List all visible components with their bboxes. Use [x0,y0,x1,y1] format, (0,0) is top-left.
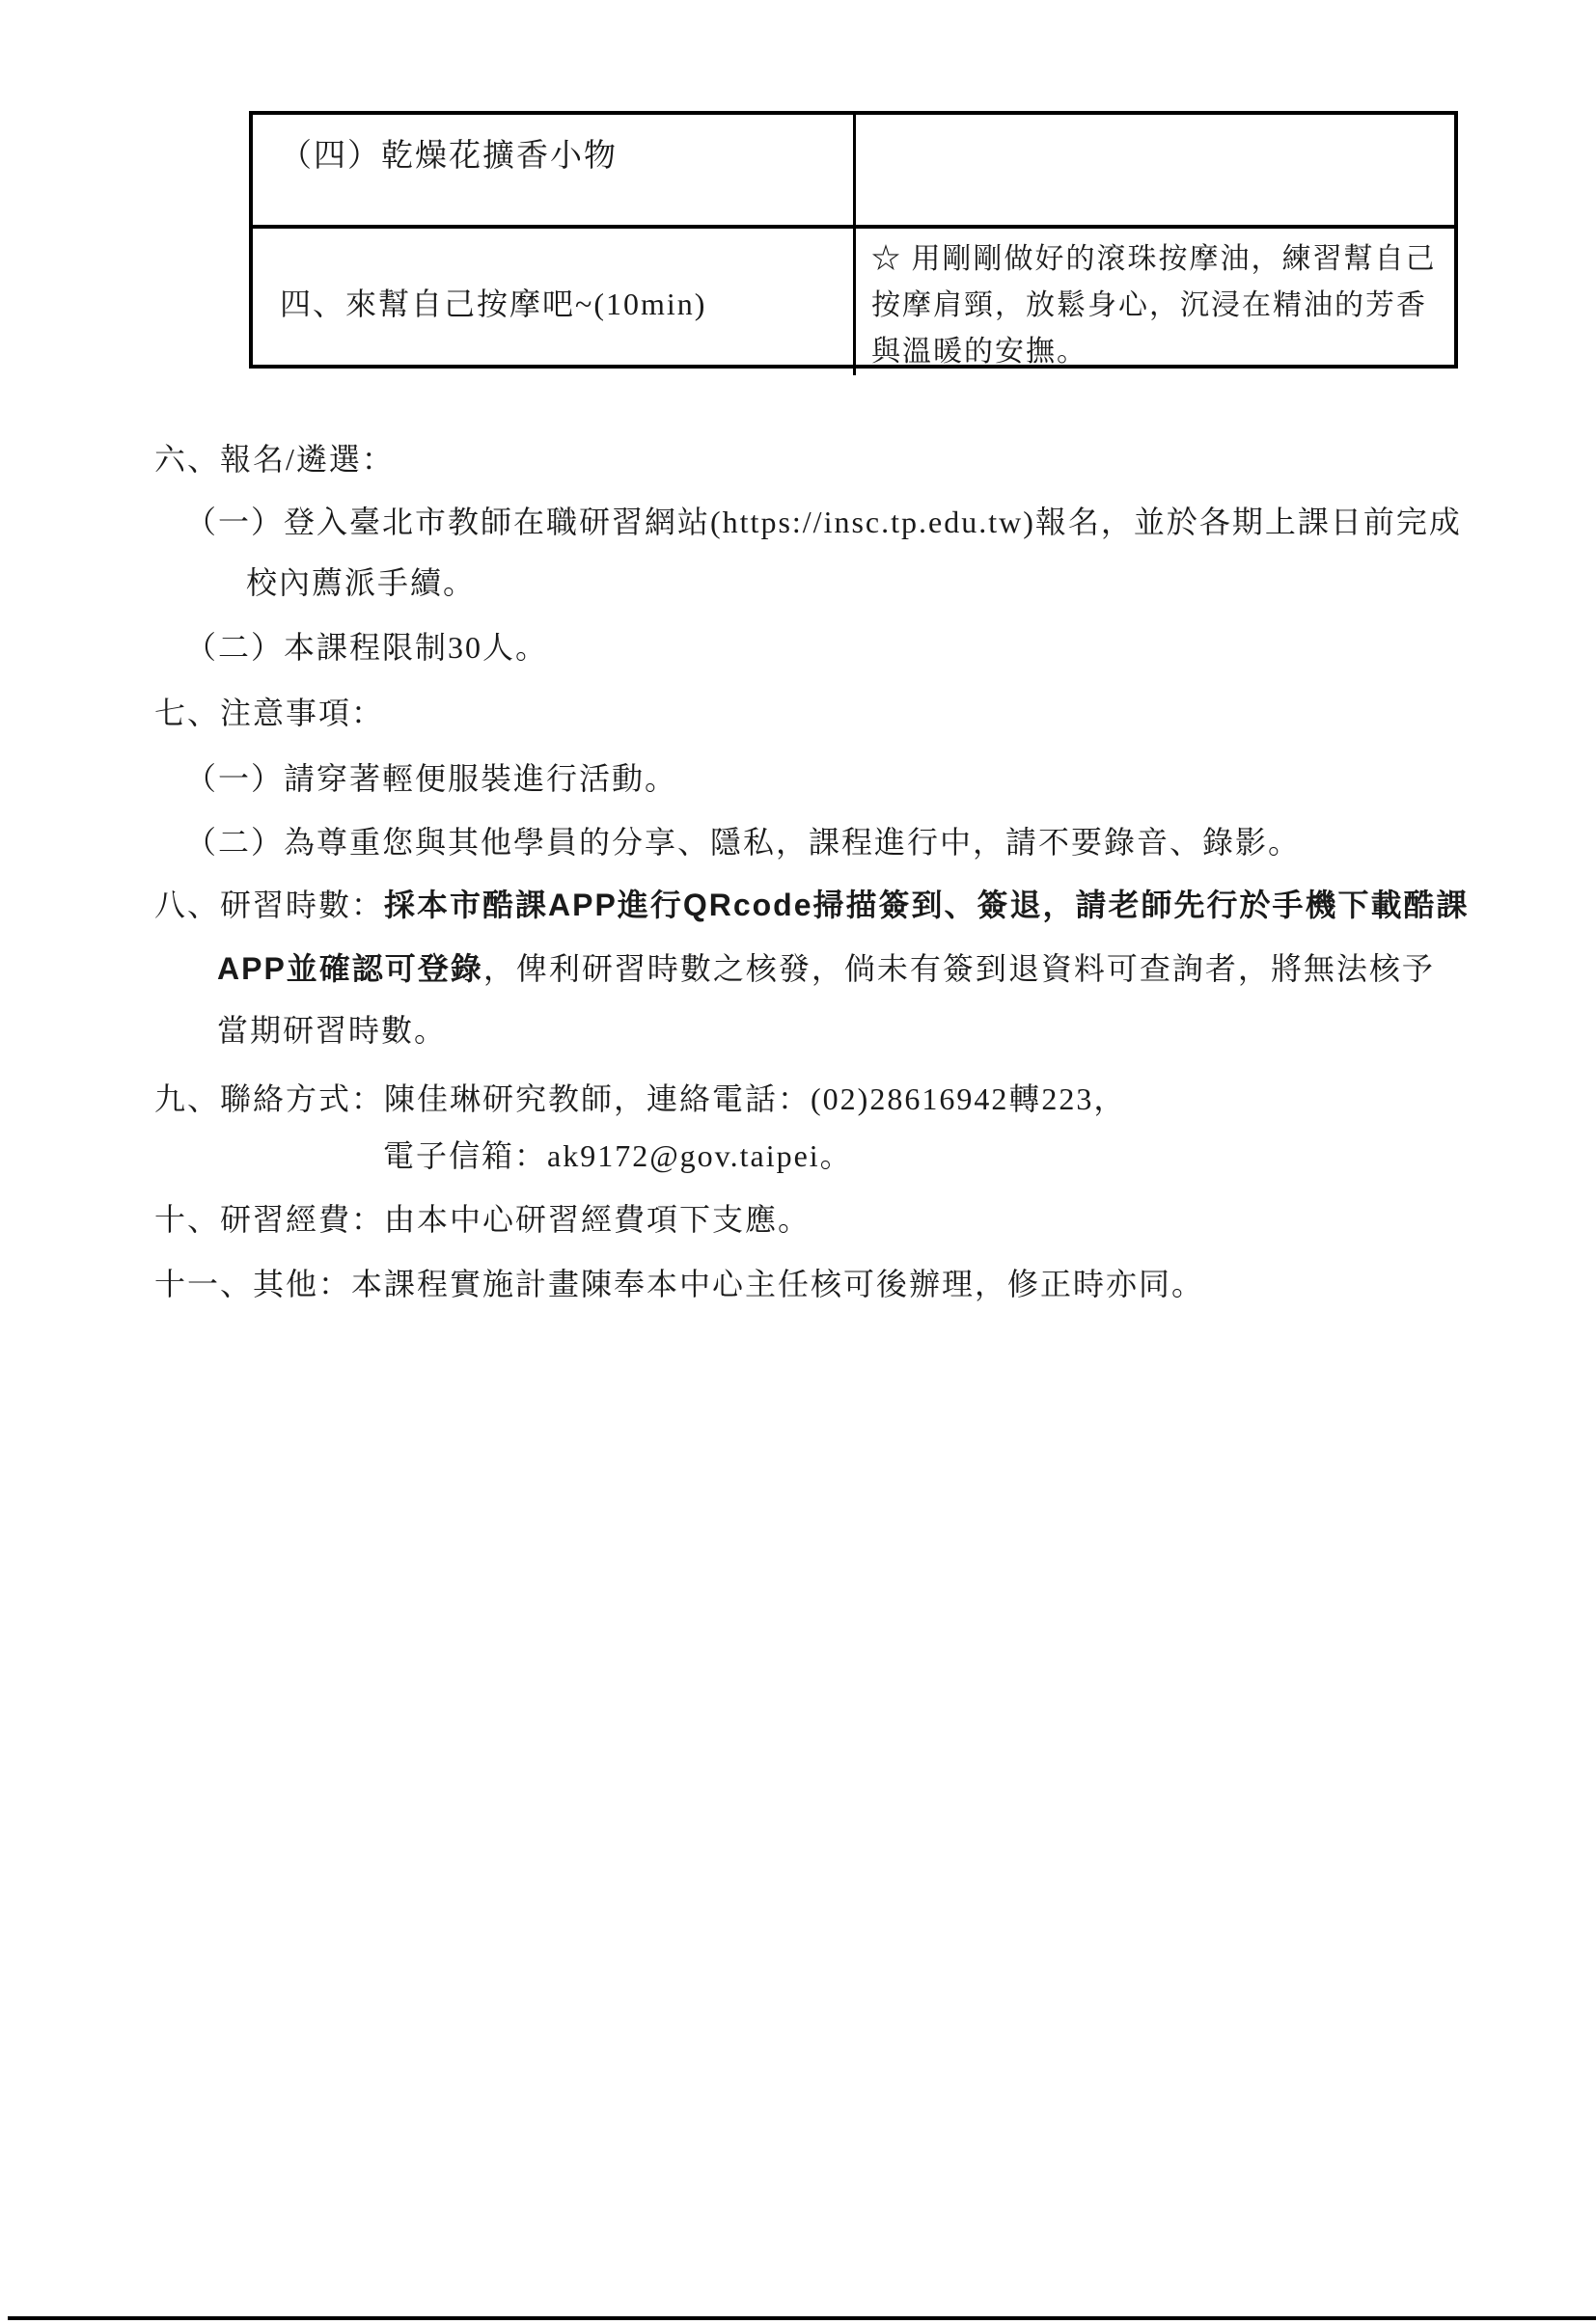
item-6-sub-1-line-1: （一）登入臺北市教師在職研習網站(https://insc.tp.edu.tw)… [185,501,1462,543]
item-8-prefix: 八、研習時數： [154,888,384,922]
item-8-bold-segment-2: APP並確認可登錄 [217,951,483,986]
item-9-line-1: 九、聯絡方式：陳佳琳研究教師，連絡電話：(02)28616942轉223， [154,1078,1126,1120]
item-8-line-1: 八、研習時數：採本市酷課APP進行QRcode掃描簽到、簽退，請老師先行於手機下… [154,884,1470,926]
item-10: 十、研習經費：由本中心研習經費項下支應。 [154,1198,811,1241]
item-6-heading: 六、報名/遴選： [154,438,395,480]
item-8-bold-segment-1: 採本市酷課APP進行QRcode掃描簽到、簽退，請老師先行於手機下載酷課 [384,888,1470,922]
item-6-sub-1-line-2: 校內薦派手續。 [246,561,476,604]
item-11: 十一、其他：本課程實施計畫陳奉本中心主任核可後辦理，修正時亦同。 [154,1263,1204,1305]
item-7-heading: 七、注意事項： [154,692,384,734]
item-8-line-3: 當期研習時數。 [217,1009,447,1052]
item-6-sub-2: （二）本課程限制30人。 [185,626,548,669]
item-7-sub-1: （一）請穿著輕便服裝進行活動。 [185,757,677,800]
course-schedule-table: （四）乾燥花擴香小物 四、來幫自己按摩吧~(10min) ☆ 用剛剛做好的滾珠按… [249,111,1458,369]
document-page: （四）乾燥花擴香小物 四、來幫自己按摩吧~(10min) ☆ 用剛剛做好的滾珠按… [0,0,1596,2324]
item-7-sub-2: （二）為尊重您與其他學員的分享、隱私，課程進行中，請不要錄音、錄影。 [185,821,1301,863]
page-bottom-border [8,2316,1596,2320]
item-8-rest: ，俾利研習時數之核發，倘未有簽到退資料可查詢者，將無法核予 [483,951,1435,986]
item-8-line-2: APP並確認可登錄，俾利研習時數之核發，倘未有簽到退資料可查詢者，將無法核予 [217,947,1435,990]
item-9-line-2-email: 電子信箱：ak9172@gov.taipei。 [383,1135,853,1177]
table-cell-empty [856,115,1454,229]
table-cell-dried-flower-topic: （四）乾燥花擴香小物 [253,115,856,229]
table-cell-massage-note: ☆ 用剛剛做好的滾珠按摩油，練習幫自己按摩肩頸，放鬆身心，沉浸在精油的芳香與溫暖… [856,229,1454,375]
table-cell-massage-topic: 四、來幫自己按摩吧~(10min) [253,229,856,375]
